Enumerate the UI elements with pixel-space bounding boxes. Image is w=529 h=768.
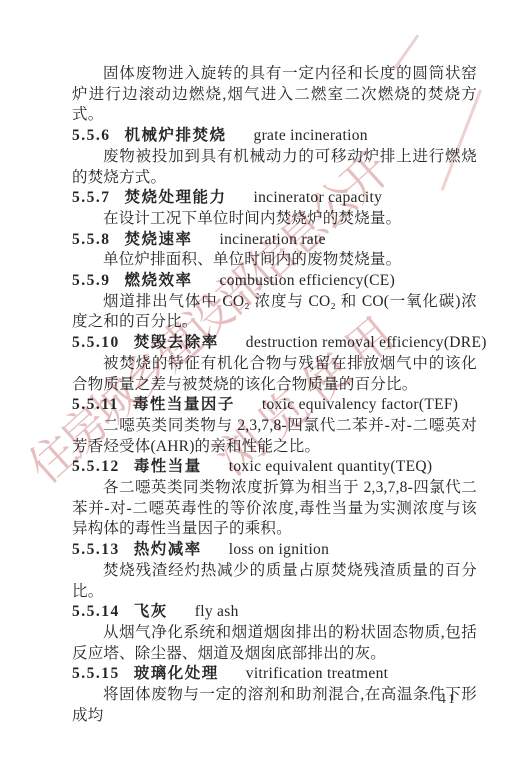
term-heading: 5.5.12毒性当量toxic equivalent quantity(TEQ): [72, 457, 477, 478]
term-chinese: 焚烧处理能力: [125, 189, 227, 206]
term-chinese: 玻璃化处理: [134, 665, 219, 682]
definition-paragraph: 废物被投加到具有机械动力的可移动炉排上进行燃烧的焚烧方式。: [72, 147, 477, 188]
definition-paragraph: 二噁英类同类物与 2,3,7,8-四氯代二苯并-对-二噁英对芳香烃受体(AHR)…: [72, 416, 477, 457]
term-english: vitrification treatment: [246, 665, 388, 682]
term-english: combustion efficiency(CE): [220, 272, 396, 289]
term-heading: 5.5.6机械炉排焚烧grate incineration: [72, 126, 477, 147]
term-chinese: 焚烧速率: [125, 231, 193, 248]
term-chinese: 机械炉排焚烧: [125, 127, 227, 144]
term-number: 5.5.13: [72, 541, 120, 558]
term-english: incineration rate: [220, 231, 326, 248]
term-chinese: 焚毁去除率: [134, 334, 219, 351]
term-number: 5.5.14: [72, 603, 120, 620]
term-english: grate incineration: [254, 127, 368, 144]
term-number: 5.5.6: [72, 127, 111, 144]
definition-paragraph: 固体废物进入旋转的具有一定内径和长度的圆筒状窑炉进行边滚动边燃烧,烟气进入二燃室…: [72, 64, 477, 126]
term-english: destruction removal efficiency(DRE): [246, 334, 487, 351]
term-number: 5.5.12: [72, 458, 120, 475]
definition-paragraph: 焚烧残渣经灼热减少的质量占原焚烧残渣质量的百分比。: [72, 561, 477, 602]
term-chinese: 燃烧效率: [125, 272, 193, 289]
term-number: 5.5.8: [72, 231, 111, 248]
page-number: · 41 ·: [427, 692, 469, 708]
term-number: 5.5.7: [72, 189, 111, 206]
term-heading: 5.5.13热灼减率loss on ignition: [72, 540, 477, 561]
definition-paragraph: 从烟气净化系统和烟道烟囱排出的粉状固态物质,包括反应塔、除尘器、烟道及烟囱底部排…: [72, 623, 477, 664]
term-heading: 5.5.14飞灰fly ash: [72, 602, 477, 623]
term-chinese: 热灼减率: [134, 541, 202, 558]
term-heading: 5.5.10焚毁去除率destruction removal efficienc…: [72, 333, 477, 354]
page-body-text: 固体废物进入旋转的具有一定内径和长度的圆筒状窑炉进行边滚动边燃烧,烟气进入二燃室…: [72, 64, 477, 727]
term-heading: 5.5.15玻璃化处理vitrification treatment: [72, 664, 477, 685]
term-english: incinerator capacity: [254, 189, 383, 206]
definition-paragraph: 在设计工况下单位时间内焚烧炉的焚烧量。: [72, 209, 477, 230]
term-english: toxic equivalency factor(TEF): [262, 396, 458, 413]
term-heading: 5.5.8焚烧速率incineration rate: [72, 230, 477, 251]
term-number: 5.5.9: [72, 272, 111, 289]
term-english: loss on ignition: [229, 541, 329, 558]
term-english: toxic equivalent quantity(TEQ): [229, 458, 433, 475]
term-number: 5.5.11: [72, 396, 119, 413]
definition-paragraph: 单位炉排面积、单位时间内的废物焚烧量。: [72, 250, 477, 271]
term-number: 5.5.15: [72, 665, 120, 682]
definition-paragraph: 各二噁英类同类物浓度折算为相当于 2,3,7,8-四氯代二苯并-对-二噁英毒性的…: [72, 478, 477, 540]
term-english: fly ash: [195, 603, 239, 620]
term-number: 5.5.10: [72, 334, 120, 351]
term-chinese: 毒性当量因子: [133, 396, 235, 413]
term-heading: 5.5.9燃烧效率combustion efficiency(CE): [72, 271, 477, 292]
definition-paragraph: 被焚烧的特征有机化合物与残留在排放烟气中的该化合物质量之差与被焚烧的该化合物质量…: [72, 354, 477, 395]
definition-paragraph: 将固体废物与一定的溶剂和助剂混合,在高温条件下形成均: [72, 685, 477, 726]
term-chinese: 毒性当量: [134, 458, 202, 475]
definition-paragraph: 烟道排出气体中 CO₂ 浓度与 CO₂ 和 CO(一氧化碳)浓度之和的百分比。: [72, 292, 477, 333]
term-heading: 5.5.7焚烧处理能力incinerator capacity: [72, 188, 477, 209]
term-heading: 5.5.11毒性当量因子toxic equivalency factor(TEF…: [72, 395, 477, 416]
term-chinese: 飞灰: [134, 603, 168, 620]
document-page: 固体废物进入旋转的具有一定内径和长度的圆筒状窑炉进行边滚动边燃烧,烟气进入二燃室…: [0, 0, 529, 768]
